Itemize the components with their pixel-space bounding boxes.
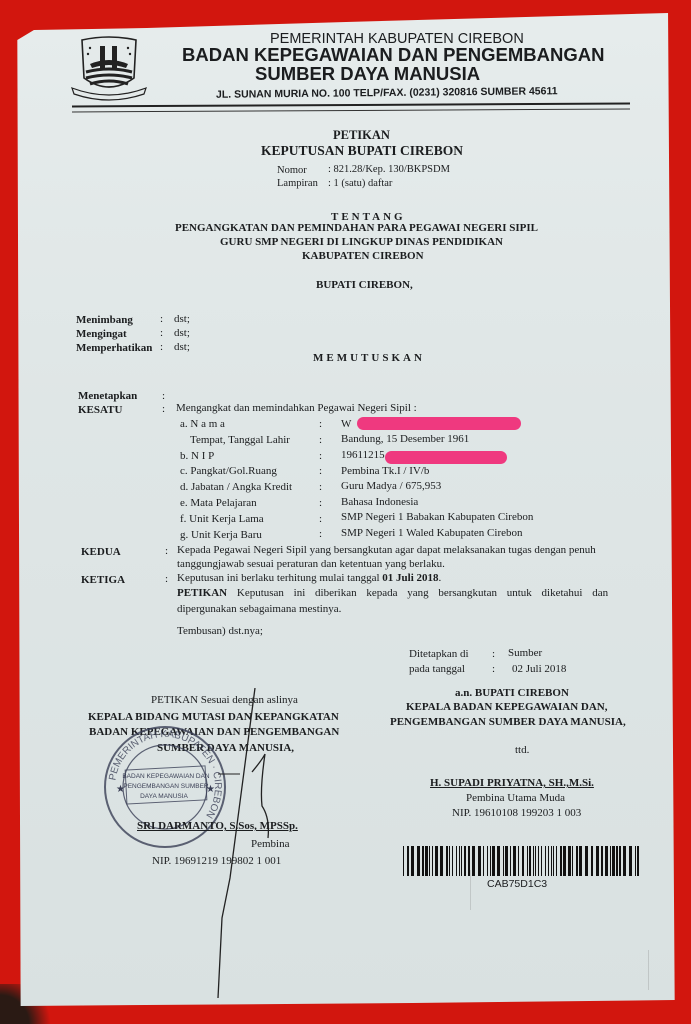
kedua-line2: tanggungjawab sesuai peraturan dan keten… (177, 558, 445, 570)
barcode-bar (505, 846, 508, 876)
svg-text:BADAN KEPEGAWAIAN DAN: BADAN KEPEGAWAIAN DAN (122, 773, 210, 780)
handwritten-signature (200, 688, 280, 1018)
effective-date: 01 Juli 2018 (382, 572, 438, 584)
barcode-bar (596, 846, 599, 876)
barcode-bar (435, 846, 438, 876)
barcode-bar (629, 846, 632, 876)
barcode-bar (403, 846, 404, 876)
field-colon: : (319, 465, 322, 477)
field-value: SMP Negeri 1 Babakan Kabupaten Cirebon (341, 511, 533, 523)
kedua-line1: Kepada Pegawai Negeri Sipil yang bersang… (177, 544, 596, 556)
barcode-bar (510, 846, 511, 876)
issued-place-colon: : (492, 648, 495, 660)
ketiga-line3: dipergunakan sebagaimana mestinya. (177, 603, 341, 615)
field-label: d. Jabatan / Angka Kredit (180, 481, 292, 493)
svg-text:PENGEMBANGAN SUMBER: PENGEMBANGAN SUMBER (123, 783, 209, 790)
issued-date-value: 02 Juli 2018 (512, 663, 566, 675)
kedua-label: KEDUA (81, 546, 121, 558)
barcode-bar (538, 846, 539, 876)
svg-text:DAYA MANUSIA: DAYA MANUSIA (140, 793, 188, 800)
issued-place-label: Ditetapkan di (409, 648, 469, 660)
paper-crease (648, 950, 649, 990)
barcode-bar (637, 846, 639, 876)
barcode-bar (623, 846, 626, 876)
subject-line3: KABUPATEN CIREBON (302, 250, 424, 262)
field-colon: : (319, 418, 322, 430)
barcode-bar (616, 846, 618, 876)
ketiga-line2: PETIKAN Keputusan ini diberikan kepada y… (177, 587, 608, 599)
barcode-bar (425, 846, 428, 876)
barcode-bar (619, 846, 621, 876)
barcode-bar (529, 846, 531, 876)
barcode-bar (417, 846, 420, 876)
barcode-bar (572, 846, 573, 876)
barcode-bar (440, 846, 443, 876)
field-label: Tempat, Tanggal Lahir (190, 434, 290, 446)
barcode-bar (407, 846, 409, 876)
subject-line1: PENGANGKATAN DAN PEMINDAHAN PARA PEGAWAI… (175, 222, 538, 234)
field-value-name: W (341, 418, 351, 430)
barcode-bar (503, 846, 504, 876)
barcode-bar (568, 846, 571, 876)
ketiga-line1: Keputusan ini berlaku terhitung mulai ta… (177, 572, 441, 584)
nomor-label: Nomor (277, 165, 307, 176)
paper-crease (470, 870, 471, 910)
field-colon: : (319, 497, 322, 509)
barcode-bar (483, 846, 484, 876)
memutuskan-heading: MEMUTUSKAN (313, 352, 425, 364)
barcode-bar (612, 846, 615, 876)
letterhead-agency-line2: SUMBER DAYA MANUSIA (255, 63, 480, 85)
field-value: Pembina Tk.I / IV/b (341, 465, 429, 477)
field-label: c. Pangkat/Gol.Ruang (180, 465, 277, 477)
barcode-bar (518, 846, 519, 876)
ketiga-line2-text: Keputusan ini diberikan kepada yang bers… (227, 587, 608, 599)
consideration-value: dst; (174, 313, 190, 325)
field-label: e. Mata Pelajaran (180, 497, 257, 509)
kedua-colon: : (165, 545, 168, 557)
barcode-bar (585, 846, 588, 876)
barcode-bar (556, 846, 557, 876)
field-colon: : (319, 450, 322, 462)
barcode-bar (429, 846, 430, 876)
barcode-bar (601, 846, 603, 876)
nomor-value: : 821.28/Kep. 130/BKPSDM (328, 164, 450, 175)
ketiga-line1-end: . (439, 572, 442, 584)
issued-date-label: pada tanggal (409, 663, 465, 675)
field-label: g. Unit Kerja Baru (180, 529, 262, 541)
barcode-bar (492, 846, 495, 876)
kesatu-label: KESATU (78, 404, 122, 416)
barcode-bar (533, 846, 534, 876)
ketiga-line1-text: Keputusan ini berlaku terhitung mulai ta… (177, 572, 382, 584)
consideration-colon: : (160, 313, 163, 325)
kesatu-intro: Mengangkat dan memindahkan Pegawai Neger… (176, 402, 417, 414)
barcode-bar (490, 846, 491, 876)
barcode-bar (560, 846, 562, 876)
right-signatory-rank: Pembina Utama Muda (466, 792, 565, 804)
right-signatory-nip: NIP. 19610108 199203 1 003 (452, 807, 581, 819)
lampiran-value: : 1 (satu) daftar (328, 178, 392, 189)
ketiga-label: KETIGA (81, 574, 125, 586)
field-label: f. Unit Kerja Lama (180, 513, 264, 525)
field-value: Guru Madya / 675,953 (341, 480, 441, 492)
tembusan: Tembusan) dst.nya; (177, 625, 263, 637)
barcode-bar (576, 846, 578, 876)
consideration-value: dst; (174, 341, 190, 353)
field-colon: : (319, 528, 322, 540)
right-signatory-title2: PENGEMBANGAN SUMBER DAYA MANUSIA, (390, 716, 626, 728)
barcode-code: CAB75D1C3 (487, 878, 547, 890)
barcode-bar (449, 846, 450, 876)
signed-mark: ttd. (515, 744, 529, 756)
barcode-bar (535, 846, 536, 876)
barcode-bar (605, 846, 608, 876)
consideration-label: Memperhatikan (76, 342, 152, 354)
barcode-bar (591, 846, 593, 876)
barcode-bar (478, 846, 481, 876)
barcode-bar (541, 846, 542, 876)
subject-line2: GURU SMP NEGERI DI LINGKUP DINAS PENDIDI… (220, 236, 503, 248)
lampiran-label: Lampiran (277, 178, 318, 189)
barcode-bar (461, 846, 462, 876)
barcode-bar (527, 846, 528, 876)
field-label: a. N a m a (180, 418, 225, 430)
field-label: b. N I P (180, 450, 214, 462)
barcode-bar (548, 846, 549, 876)
left-signatory-name: SRI DARMANTO, S.Sos, MPSSp. (137, 820, 298, 832)
barcode-bar (411, 846, 414, 876)
barcode-bar (635, 846, 636, 876)
barcode-bar (432, 846, 433, 876)
barcode-bar (487, 846, 488, 876)
field-value-nip: 19611215 (341, 449, 385, 461)
barcode-bar (522, 846, 524, 876)
barcode-bar (446, 846, 448, 876)
field-value: Bandung, 15 Desember 1961 (341, 433, 469, 445)
ketiga-colon: : (165, 573, 168, 585)
doc-decree-title: KEPUTUSAN BUPATI CIREBON (261, 143, 463, 159)
issuer-heading: BUPATI CIREBON, (316, 279, 413, 291)
barcode-bar (468, 846, 470, 876)
right-signatory-title1: KEPALA BADAN KEPEGAWAIAN DAN, (406, 701, 607, 713)
issued-date-colon: : (492, 663, 495, 675)
document-barcode (403, 846, 643, 876)
barcode-bar (472, 846, 475, 876)
barcode-bar (551, 846, 552, 876)
barcode-bar (459, 846, 460, 876)
barcode-bar (513, 846, 516, 876)
on-behalf-of: a.n. BUPATI CIREBON (455, 687, 569, 699)
issued-place-value: Sumber (508, 647, 542, 659)
menetapkan-label: Menetapkan (78, 390, 137, 402)
barcode-bar (610, 846, 611, 876)
consideration-label: Mengingat (76, 328, 127, 340)
field-value: SMP Negeri 1 Waled Kabupaten Cirebon (341, 527, 523, 539)
barcode-bar (456, 846, 457, 876)
right-signatory-name: H. SUPADI PRIYATNA, SH.,M.Si. (430, 777, 594, 789)
barcode-bar (464, 846, 466, 876)
cirebon-regency-emblem-icon (68, 34, 150, 104)
field-value: Bahasa Indonesia (341, 496, 418, 508)
consideration-label: Menimbang (76, 314, 133, 326)
barcode-bar (422, 846, 424, 876)
barcode-bar (452, 846, 453, 876)
menetapkan-colon: : (162, 390, 165, 402)
redaction-mark (357, 417, 521, 430)
barcode-bar (579, 846, 582, 876)
redaction-mark (385, 451, 507, 464)
petikan-bold: PETIKAN (177, 587, 227, 599)
field-colon: : (319, 513, 322, 525)
kesatu-colon: : (162, 403, 165, 415)
barcode-bar (553, 846, 554, 876)
consideration-colon: : (160, 327, 163, 339)
barcode-bar (497, 846, 500, 876)
barcode-bar (545, 846, 546, 876)
field-colon: : (319, 434, 322, 446)
barcode-bar (563, 846, 566, 876)
left-signatory-rank: Pembina (251, 838, 290, 850)
left-signatory-nip: NIP. 19691219 199802 1 001 (152, 855, 281, 867)
consideration-colon: : (160, 341, 163, 353)
doc-petikan-heading: PETIKAN (333, 128, 390, 143)
consideration-value: dst; (174, 327, 190, 339)
field-colon: : (319, 481, 322, 493)
